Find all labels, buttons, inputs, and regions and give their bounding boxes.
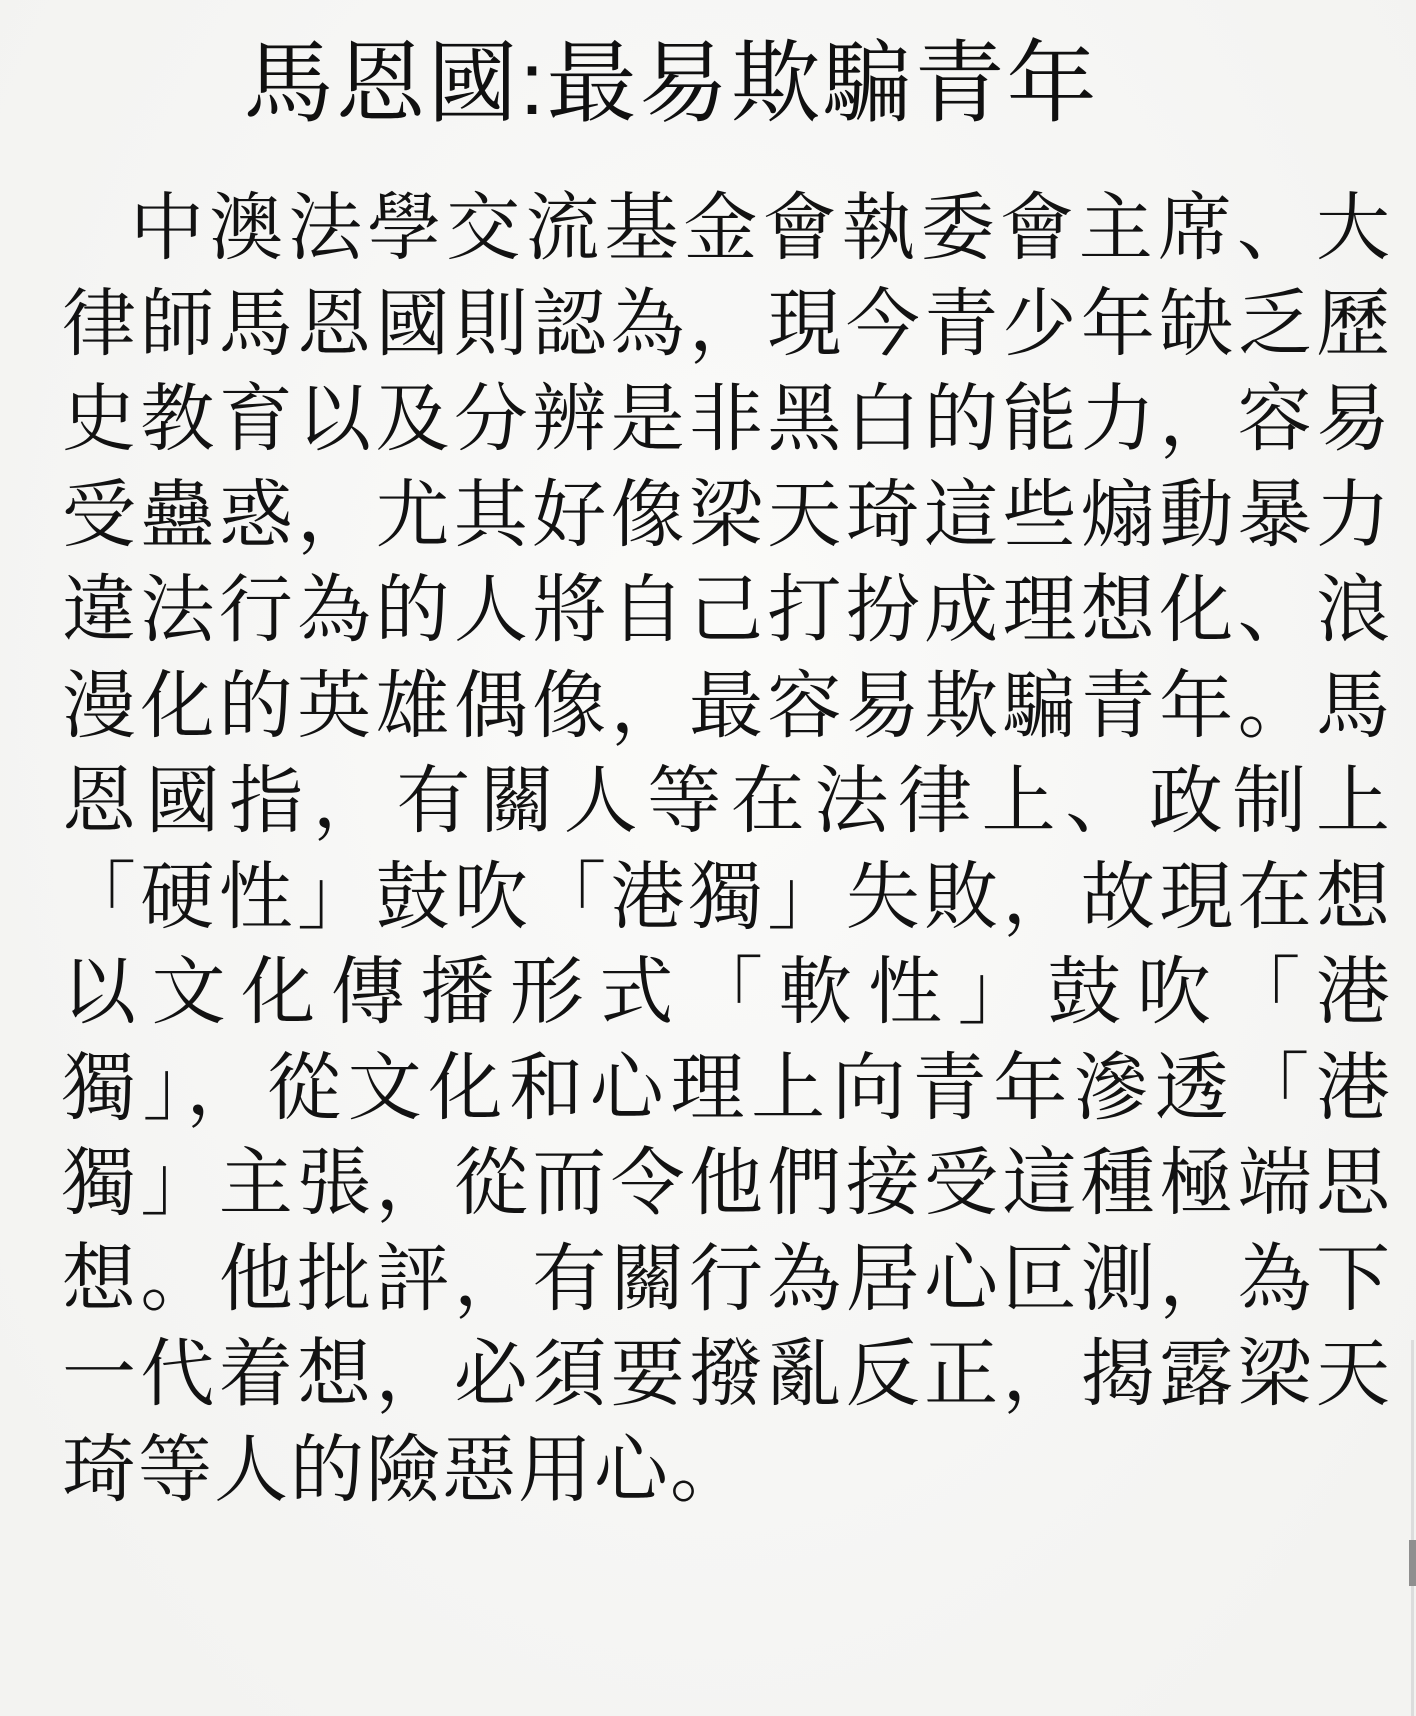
body-line: 獨」主張，從而令他們接受這種極端思 <box>62 1137 1390 1233</box>
scanned-article-page: 馬恩國:最易欺騙青年 中澳法學交流基金會執委會主席、大 律師馬恩國則認為，現今青… <box>0 0 1416 1716</box>
body-line: 漫化的英雄偶像，最容易欺騙青年。馬 <box>62 660 1390 756</box>
scrollbar-thumb[interactable] <box>1409 1540 1416 1586</box>
body-line: 想。他批評，有關行為居心叵測，為下 <box>62 1233 1390 1329</box>
body-line: 中澳法學交流基金會執委會主席、大 <box>62 182 1390 278</box>
headline: 馬恩國:最易欺騙青年 <box>0 30 1342 138</box>
body-line: 以文化傳播形式「軟性」鼓吹「港 <box>62 946 1390 1042</box>
body-line: 「硬性」鼓吹「港獨」失敗，故現在想 <box>62 851 1390 947</box>
body-line: 史教育以及分辨是非黑白的能力，容易 <box>62 373 1390 469</box>
body-line: 一代着想，必須要撥亂反正，揭露梁天 <box>62 1328 1390 1424</box>
body-line: 受蠱惑，尤其好像梁天琦這些煽動暴力 <box>62 469 1390 565</box>
body-line: 琦等人的險惡用心。 <box>62 1424 1390 1520</box>
article-body: 中澳法學交流基金會執委會主席、大 律師馬恩國則認為，現今青少年缺乏歷 史教育以及… <box>62 182 1390 1519</box>
body-line: 恩國指，有關人等在法律上、政制上 <box>62 755 1390 851</box>
body-line: 律師馬恩國則認為，現今青少年缺乏歷 <box>62 278 1390 374</box>
body-line: 違法行為的人將自己打扮成理想化、浪 <box>62 564 1390 660</box>
body-line: 獨」，從文化和心理上向青年滲透「港 <box>62 1042 1390 1138</box>
scrollbar-track[interactable] <box>1411 1340 1414 1716</box>
